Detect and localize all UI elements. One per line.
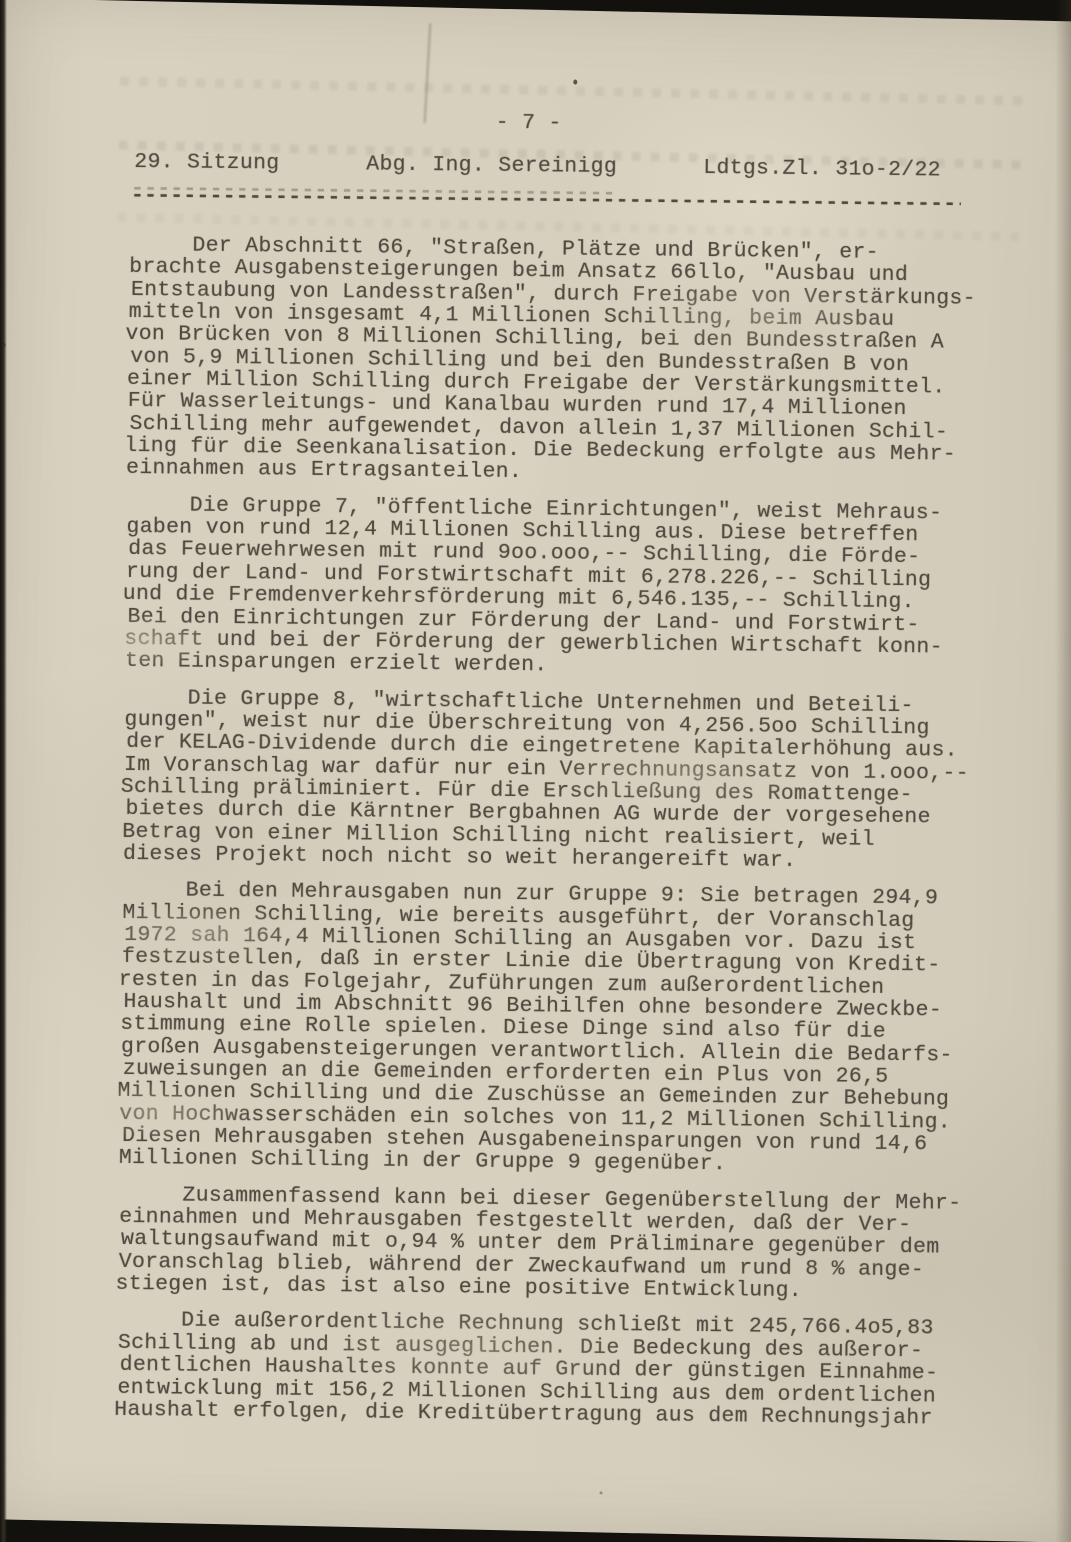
session-label: 29. Sitzung (134, 150, 279, 176)
paragraph: Bei den Mehrausgaben nun zur Gruppe 9: S… (120, 879, 1003, 1179)
paragraph: Die Gruppe 8, "wirtschaftliche Unternehm… (123, 686, 1005, 874)
speaker-name: Abg. Ing. Sereinigg (366, 152, 617, 179)
document-content: - 7 - 29. Sitzung Abg. Ing. Sereinigg Ld… (0, 0, 1071, 1532)
paragraph: Zusammenfassend kann bei dieser Gegenübe… (118, 1184, 999, 1305)
scan-viewport: { "colors": { "paper": "#d6cfbd", "ink":… (0, 0, 1071, 1542)
document-body: Der Abschnitt 66, "Straßen, Plätze und B… (117, 234, 1010, 1444)
scan-right-shade (1055, 0, 1071, 1542)
file-number: Ldtgs.Zl. 31o-2/22 (703, 156, 941, 182)
paragraph: Der Abschnitt 66, "Straßen, Plätze und B… (127, 234, 1010, 489)
page-number: - 7 - (134, 107, 924, 139)
paper-sheet: - 7 - 29. Sitzung Abg. Ing. Sereinigg Ld… (0, 0, 1071, 1542)
paragraph: Die außerordentliche Rechnung schließt m… (117, 1309, 998, 1430)
header-rule: ----------------------------------------… (131, 184, 961, 217)
scan-left-edge (0, 0, 7, 1542)
paragraph: Die Gruppe 7, "öffentliche Einrichtungen… (125, 494, 1007, 682)
